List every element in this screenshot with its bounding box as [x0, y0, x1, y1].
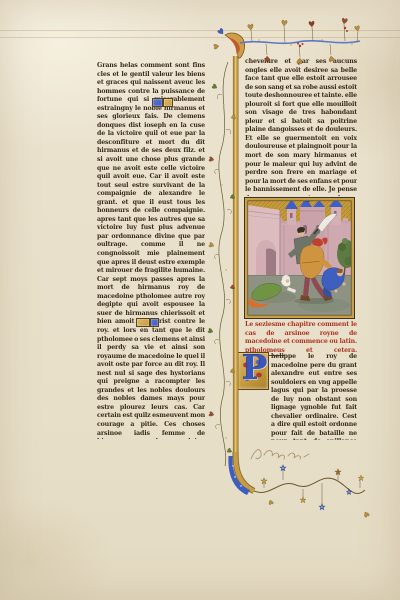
chapter-text: helippe le roy de macedoine pere du gran…	[271, 353, 357, 440]
handwritten-inscription	[248, 443, 312, 467]
chapter-opening: P helippe le roy de macedoine pere du gr…	[245, 353, 357, 440]
inline-initial-blue	[152, 98, 163, 107]
left-text-column: Grans helas comment sont fins cles et le…	[97, 62, 205, 439]
ruling-line	[0, 30, 400, 31]
inline-initial-blue	[150, 318, 159, 327]
inline-initial-gold	[136, 318, 150, 327]
inline-initial-gold	[163, 98, 173, 107]
illuminated-initial-p: P	[237, 352, 269, 390]
middle-vine	[208, 62, 237, 466]
ruling-line	[0, 37, 400, 38]
right-text-column: chevelure et par ses aucuns ongles elle …	[245, 58, 357, 196]
miniature-painting	[244, 197, 355, 319]
bottom-vine	[254, 465, 370, 518]
manuscript-page: Grans helas comment sont fins cles et le…	[0, 0, 400, 600]
